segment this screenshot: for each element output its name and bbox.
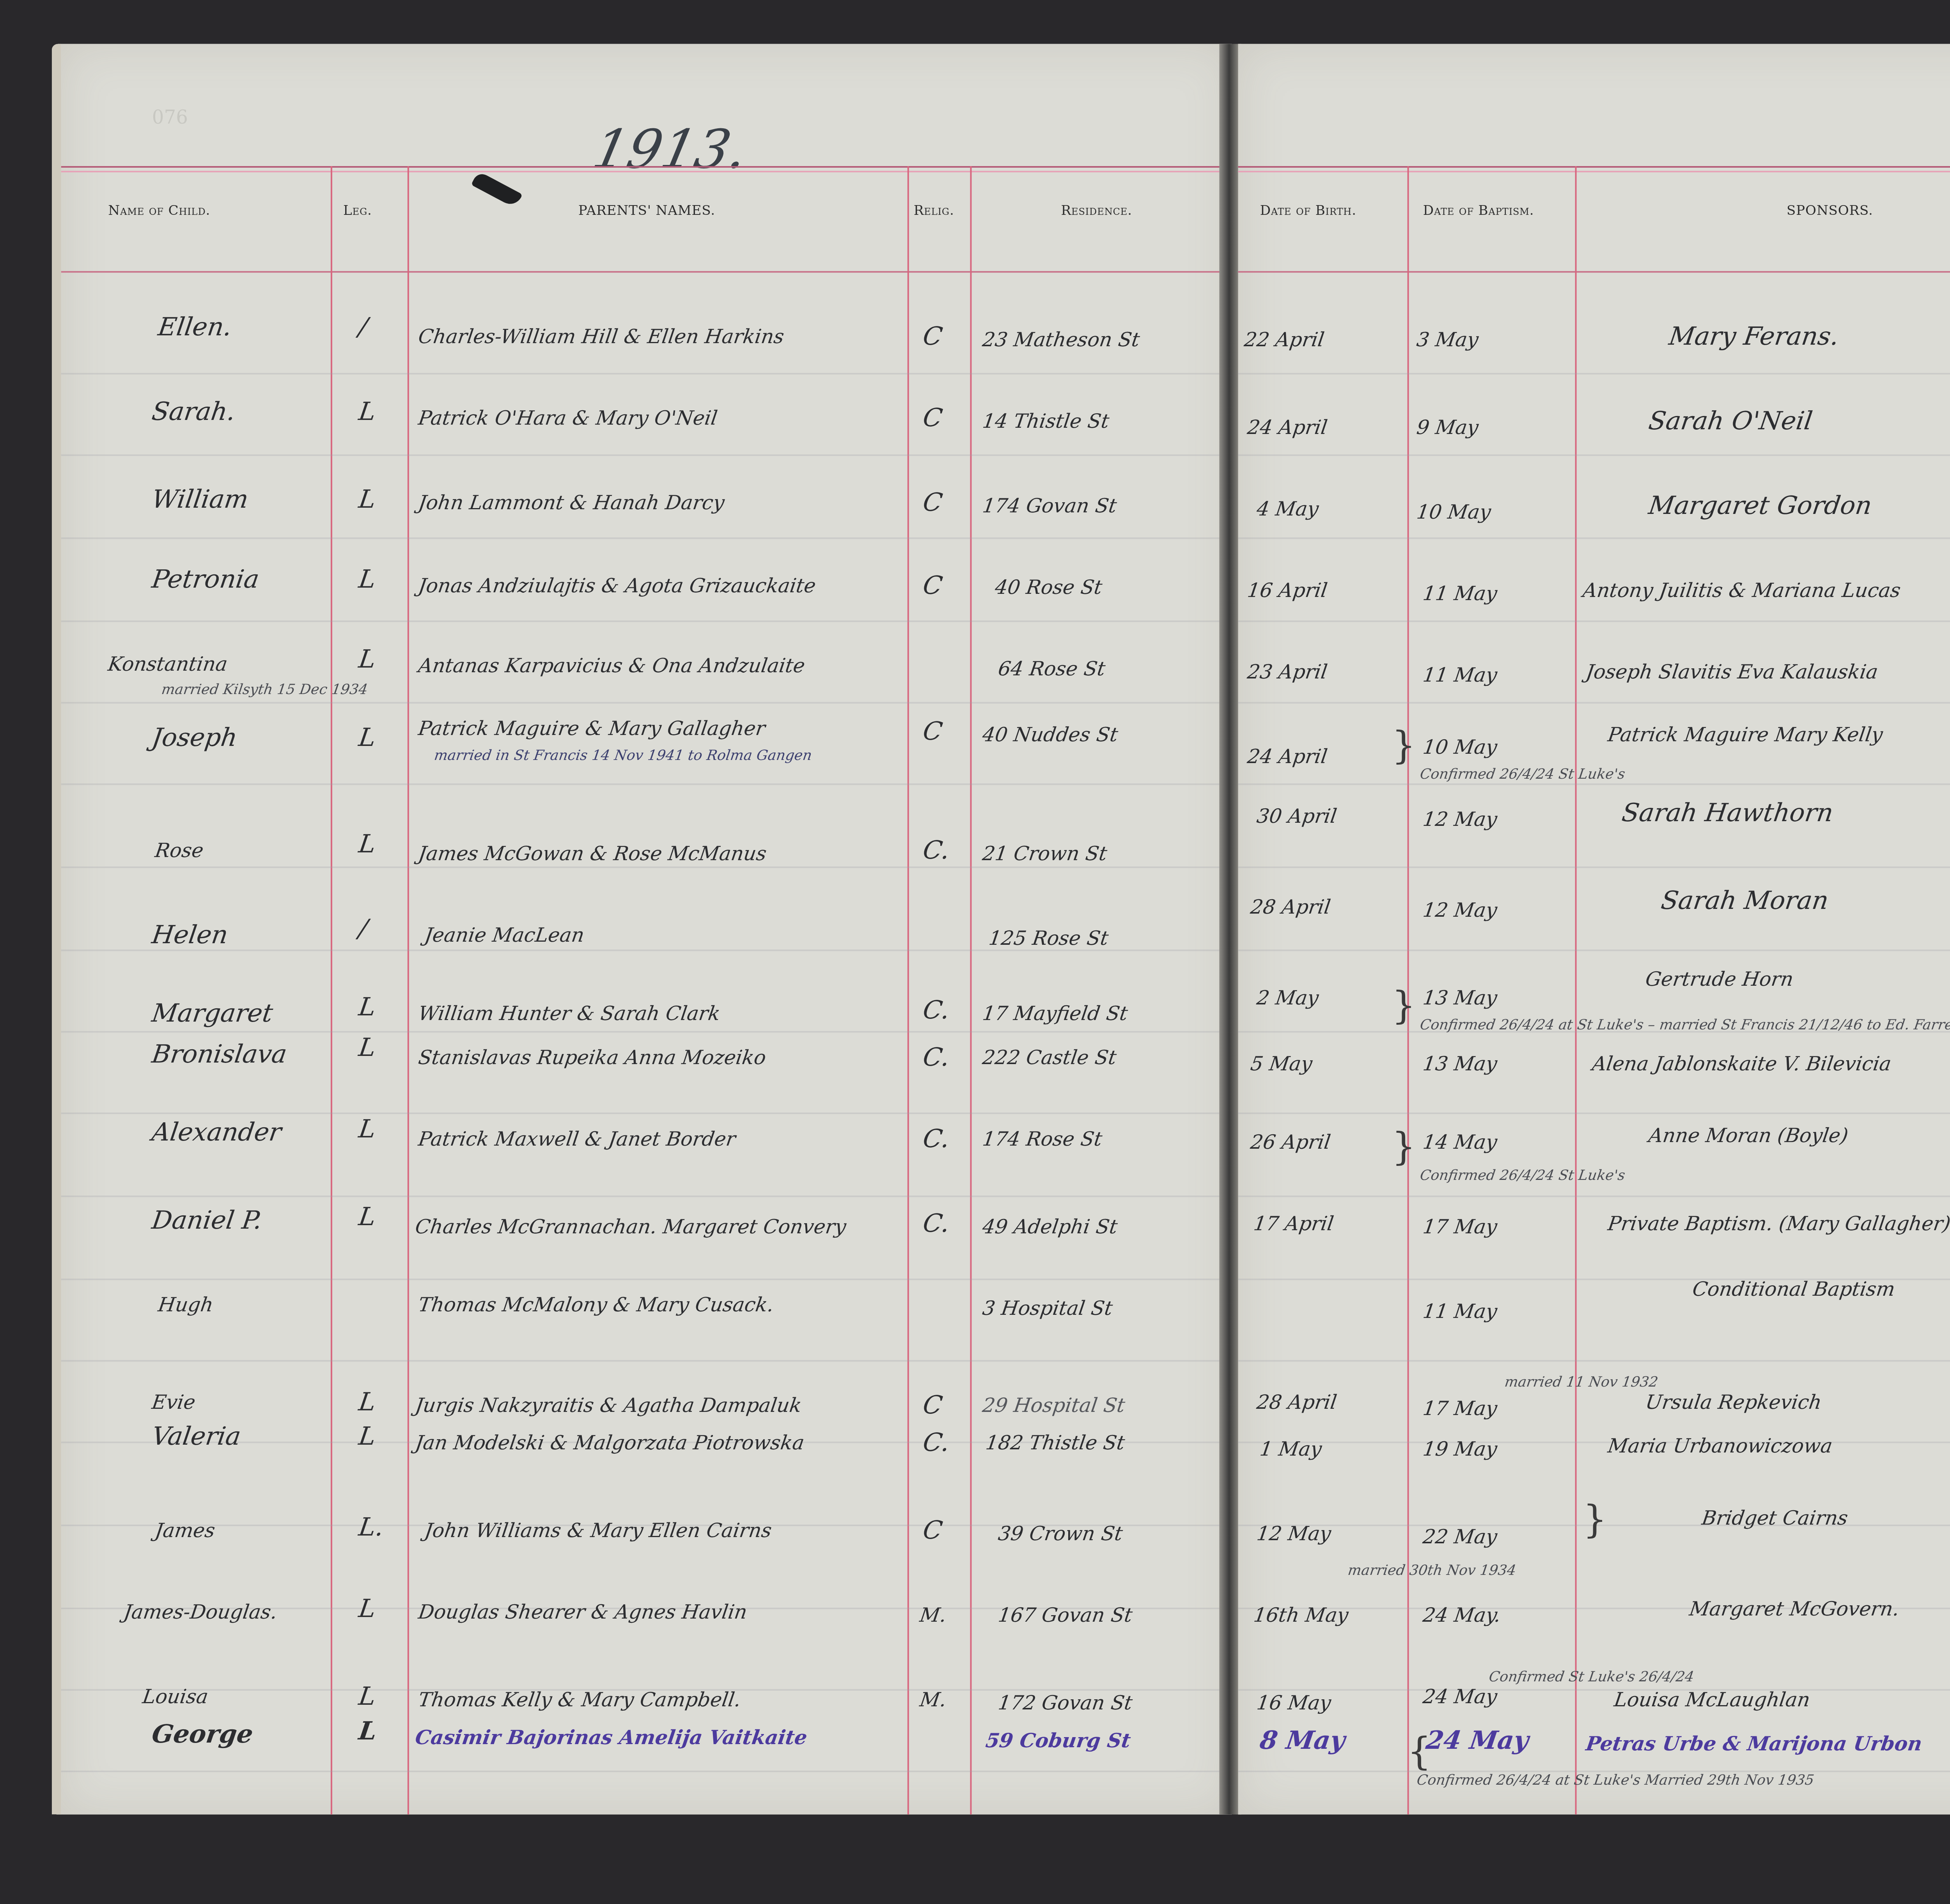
residence: 64 Rose St <box>996 655 1107 683</box>
confirmation-note: Confirmed 26/4/24 at St Luke's – married… <box>1418 1012 1950 1040</box>
leg-mark: L <box>357 1717 378 1745</box>
child-name: Bronislava <box>150 1040 289 1068</box>
col-header-leg: Leg. <box>343 204 372 219</box>
parents-names: Jurgis Nakzyraitis & Agatha Dampaluk <box>413 1391 803 1419</box>
leg-mark: L <box>357 1203 378 1231</box>
parents-names: Stanislavas Rupeika Anna Mozeiko <box>417 1043 768 1072</box>
child-name: James <box>153 1517 217 1545</box>
sponsors: Patrick Maguire Mary Kelly <box>1606 721 1884 749</box>
child-name: George <box>150 1720 255 1748</box>
parents-names: Antanas Karpavicius & Ona Andzulaite <box>417 652 807 680</box>
leg-mark: / <box>357 313 369 342</box>
date-of-birth: 2 May <box>1255 984 1321 1012</box>
religion: C <box>921 572 944 600</box>
date-of-baptism: 11 May <box>1421 661 1499 689</box>
ink-blot-icon <box>471 171 523 208</box>
date-of-baptism: 17 May <box>1421 1394 1499 1422</box>
date-of-birth: 22 April <box>1243 326 1326 354</box>
date-of-birth: 16th May <box>1252 1601 1350 1629</box>
religion: C <box>921 1391 944 1419</box>
child-name: William <box>150 486 250 514</box>
sponsors: Antony Juilitis & Mariana Lucas <box>1581 577 1903 605</box>
parents-names: John Williams & Mary Ellen Cairns <box>423 1517 773 1545</box>
religion: C. <box>921 1429 952 1457</box>
leg-mark: L <box>357 398 378 426</box>
sponsors: Joseph Slavitis Eva Kalauskia <box>1584 658 1880 686</box>
sponsors: Ursula Repkevich <box>1643 1388 1823 1416</box>
sponsors: Alena Jablonskaite V. Bilevicia <box>1590 1050 1893 1078</box>
leg-mark: L <box>357 724 378 752</box>
parents-names: Charles McGrannachan. Margaret Convery <box>413 1213 848 1241</box>
leg-mark: L. <box>357 1514 385 1542</box>
parents-names: John Lammont & Hanah Darcy <box>417 489 726 517</box>
child-name: Hugh <box>156 1291 215 1319</box>
leg-mark: L <box>357 1116 378 1144</box>
leg-mark: / <box>357 915 369 943</box>
parents-names: Jan Modelski & Malgorzata Piotrowska <box>413 1429 806 1457</box>
child-name: Joseph <box>150 724 239 752</box>
date-of-baptism: 3 May <box>1415 326 1480 354</box>
residence: 125 Rose St <box>987 925 1110 953</box>
date-of-baptism: 11 May <box>1421 1297 1499 1325</box>
header-rule-top <box>1238 166 1950 168</box>
col-header-dob: Date of Birth. <box>1260 204 1356 219</box>
col-header-sponsors: SPONSORS. <box>1787 204 1873 219</box>
date-of-baptism: 12 May <box>1421 896 1499 925</box>
leg-mark: L <box>357 1388 378 1416</box>
parents-names: Douglas Shearer & Agnes Havlin <box>417 1598 749 1626</box>
parents-note: married in St Francis 14 Nov 1941 to Rol… <box>432 743 814 771</box>
date-of-baptism: 10 May <box>1415 498 1493 526</box>
leg-mark: L <box>357 1034 378 1062</box>
residence: 59 Coburg St <box>984 1727 1133 1755</box>
residence: 174 Rose St <box>981 1125 1104 1153</box>
date-of-baptism: 17 May <box>1421 1213 1499 1241</box>
col-divider <box>970 166 971 1814</box>
col-divider <box>408 166 409 1814</box>
religion: C <box>921 323 944 351</box>
leg-mark: L <box>357 1423 378 1451</box>
sponsors: Private Baptism. (Mary Gallagher) <box>1606 1210 1950 1238</box>
child-name: Rose <box>153 837 206 865</box>
religion: C <box>921 489 944 517</box>
religion: C. <box>921 837 952 865</box>
religion: C. <box>921 997 952 1025</box>
child-name: Petronia <box>150 566 261 594</box>
leg-mark: L <box>357 486 378 514</box>
child-note: married Kilsyth 15 Dec 1934 <box>160 677 369 705</box>
religion: C. <box>921 1125 952 1153</box>
residence: 40 Nuddes St <box>981 721 1120 749</box>
date-of-birth: 17 April <box>1252 1210 1336 1238</box>
leg-mark: L <box>357 831 378 859</box>
date-of-birth: 1 May <box>1258 1435 1324 1463</box>
brace-icon: } <box>1583 1498 1607 1542</box>
religion: M. <box>918 1601 948 1629</box>
date-of-baptism: 10 May <box>1421 733 1499 762</box>
date-of-baptism: 12 May <box>1421 806 1499 834</box>
religion: M. <box>918 1686 948 1714</box>
leg-mark: L <box>357 1683 378 1711</box>
parents-names: Patrick O'Hara & Mary O'Neil <box>417 404 719 432</box>
confirmation-note: Confirmed 26/4/24 St Luke's <box>1418 1163 1627 1191</box>
sponsors: Petras Urbe & Marijona Urbon <box>1584 1730 1924 1758</box>
col-divider <box>331 166 332 1814</box>
date-of-birth: 5 May <box>1249 1050 1314 1078</box>
date-of-baptism: 14 May <box>1421 1128 1499 1156</box>
parents-names: Jeanie MacLean <box>423 921 586 949</box>
date-of-birth: 8 May <box>1258 1727 1347 1755</box>
date-of-baptism: 22 May <box>1421 1523 1499 1551</box>
residence: 222 Castle St <box>981 1043 1119 1072</box>
residence: 14 Thistle St <box>981 407 1111 436</box>
residence: 174 Govan St <box>981 492 1119 520</box>
confirmation-note: Confirmed 26/4/24 St Luke's <box>1418 762 1627 790</box>
date-of-birth: 24 April <box>1246 414 1330 442</box>
residence: 3 Hospital St <box>981 1294 1115 1322</box>
religion: C. <box>921 1043 952 1072</box>
residence: 40 Rose St <box>993 574 1104 602</box>
brace-icon: } <box>1392 984 1415 1028</box>
residence: 182 Thistle St <box>984 1429 1127 1457</box>
residence: 172 Govan St <box>996 1689 1135 1717</box>
marriage-note: married 30th Nov 1934 <box>1346 1557 1518 1585</box>
sponsors: Conditional Baptism <box>1691 1275 1897 1304</box>
date-of-birth: 30 April <box>1255 802 1339 830</box>
religion: C. <box>921 1210 952 1238</box>
col-header-name: Name of Child. <box>108 204 210 219</box>
child-name: Helen <box>150 921 230 949</box>
date-of-birth: 24 April <box>1246 743 1330 771</box>
residence: 23 Matheson St <box>981 326 1142 354</box>
date-of-baptism: 19 May <box>1421 1435 1499 1463</box>
date-of-birth: 4 May <box>1255 495 1321 523</box>
religion: C <box>921 717 944 746</box>
child-name: Valeria <box>150 1423 243 1451</box>
brace-icon: } <box>1392 1125 1415 1169</box>
parents-names: James McGowan & Rose McManus <box>417 840 768 868</box>
parents-names: Thomas McMalony & Mary Cusack. <box>417 1291 776 1319</box>
date-of-birth: 28 April <box>1255 1388 1339 1416</box>
date-of-birth: 16 April <box>1246 577 1330 605</box>
col-divider <box>908 166 909 1814</box>
child-name: Alexander <box>150 1119 283 1147</box>
sponsors: Gertrude Horn <box>1643 965 1795 993</box>
old-page-number: 076 <box>152 106 188 128</box>
residence: 29 Hospital St <box>981 1391 1127 1419</box>
residence: 167 Govan St <box>996 1601 1135 1629</box>
date-of-baptism: 24 May <box>1424 1727 1530 1755</box>
date-of-birth: 26 April <box>1249 1128 1333 1156</box>
col-header-baptism: Date of Baptism. <box>1423 204 1534 219</box>
child-name: Evie <box>150 1388 197 1416</box>
right-page: 077 Date of Birth. Date of Baptism. SPON… <box>1238 44 1950 1815</box>
date-of-baptism: 24 May. <box>1421 1601 1503 1629</box>
child-name: Sarah. <box>150 398 237 426</box>
sponsors: Anne Moran (Boyle) <box>1647 1122 1850 1150</box>
header-rule-top <box>61 166 1232 168</box>
sponsors: Sarah O'Neil <box>1647 407 1814 436</box>
child-name: Margaret <box>150 1000 275 1028</box>
date-of-baptism: 9 May <box>1415 414 1480 442</box>
leg-mark: L <box>357 566 378 594</box>
date-of-birth: 12 May <box>1255 1520 1333 1548</box>
date-of-birth: 28 April <box>1249 893 1333 921</box>
parents-names: Patrick Maguire & Mary Gallagher <box>417 714 767 742</box>
child-name: Konstantina <box>106 650 229 678</box>
sponsors: Sarah Moran <box>1659 887 1831 915</box>
marriage-note: married 11 Nov 1932 <box>1503 1369 1660 1397</box>
sponsors: Maria Urbanowiczowa <box>1606 1432 1834 1460</box>
residence: 39 Crown St <box>996 1520 1125 1548</box>
col-header-relig: Relig. <box>914 204 954 219</box>
date-of-baptism: 13 May <box>1421 984 1499 1012</box>
residence: 17 Mayfield St <box>981 1000 1130 1028</box>
date-of-baptism: 13 May <box>1421 1050 1499 1078</box>
header-rule-bottom <box>61 271 1232 273</box>
register-year: 1913. <box>587 119 753 182</box>
sponsors: Margaret Gordon <box>1647 492 1874 520</box>
sponsors: Margaret McGovern. <box>1688 1595 1901 1623</box>
religion: C <box>921 404 944 432</box>
leg-mark: L <box>357 994 378 1022</box>
col-divider <box>1575 166 1577 1814</box>
sponsors: Sarah Hawthorn <box>1620 799 1835 827</box>
child-name: Louisa <box>141 1683 210 1711</box>
leg-mark: L <box>357 646 378 674</box>
confirmation-note: Confirmed 26/4/24 at St Luke's Married 2… <box>1415 1768 1816 1796</box>
date-of-birth: 23 April <box>1246 658 1330 686</box>
parents-names: Charles-William Hill & Ellen Harkins <box>417 323 786 351</box>
religion: C <box>921 1517 944 1545</box>
residence: 21 Crown St <box>981 840 1109 868</box>
register-spread: 076 1913. Name of Child. Leg. PARENTS' N… <box>0 0 1950 1904</box>
parents-names: William Hunter & Sarah Clark <box>417 1000 722 1028</box>
child-name: James-Douglas. <box>122 1598 279 1626</box>
header-rule-bottom <box>1238 271 1950 273</box>
brace-icon: } <box>1392 724 1415 768</box>
sponsors: Louisa McLaughlan <box>1612 1686 1812 1714</box>
child-name: Daniel P. <box>150 1206 264 1235</box>
sponsors: Mary Ferans. <box>1667 323 1841 351</box>
child-name: Ellen. <box>156 313 234 342</box>
date-of-baptism: 11 May <box>1421 580 1499 608</box>
left-page: 076 1913. Name of Child. Leg. PARENTS' N… <box>52 44 1232 1815</box>
residence: 49 Adelphi St <box>981 1213 1119 1241</box>
leg-mark: L <box>357 1595 378 1623</box>
sponsors: Bridget Cairns <box>1700 1504 1850 1532</box>
col-header-residence: Residence. <box>1061 204 1132 219</box>
brace-icon: { <box>1408 1730 1431 1774</box>
parents-names: Casimir Bajorinas Amelija Vaitkaite <box>413 1723 809 1752</box>
parents-names: Thomas Kelly & Mary Campbell. <box>417 1686 743 1714</box>
col-header-parents: PARENTS' NAMES. <box>578 204 715 219</box>
parents-names: Patrick Maxwell & Janet Border <box>417 1125 737 1153</box>
parents-names: Jonas Andziulajtis & Agota Grizauckaite <box>417 572 818 600</box>
date-of-birth: 16 May <box>1255 1689 1333 1717</box>
